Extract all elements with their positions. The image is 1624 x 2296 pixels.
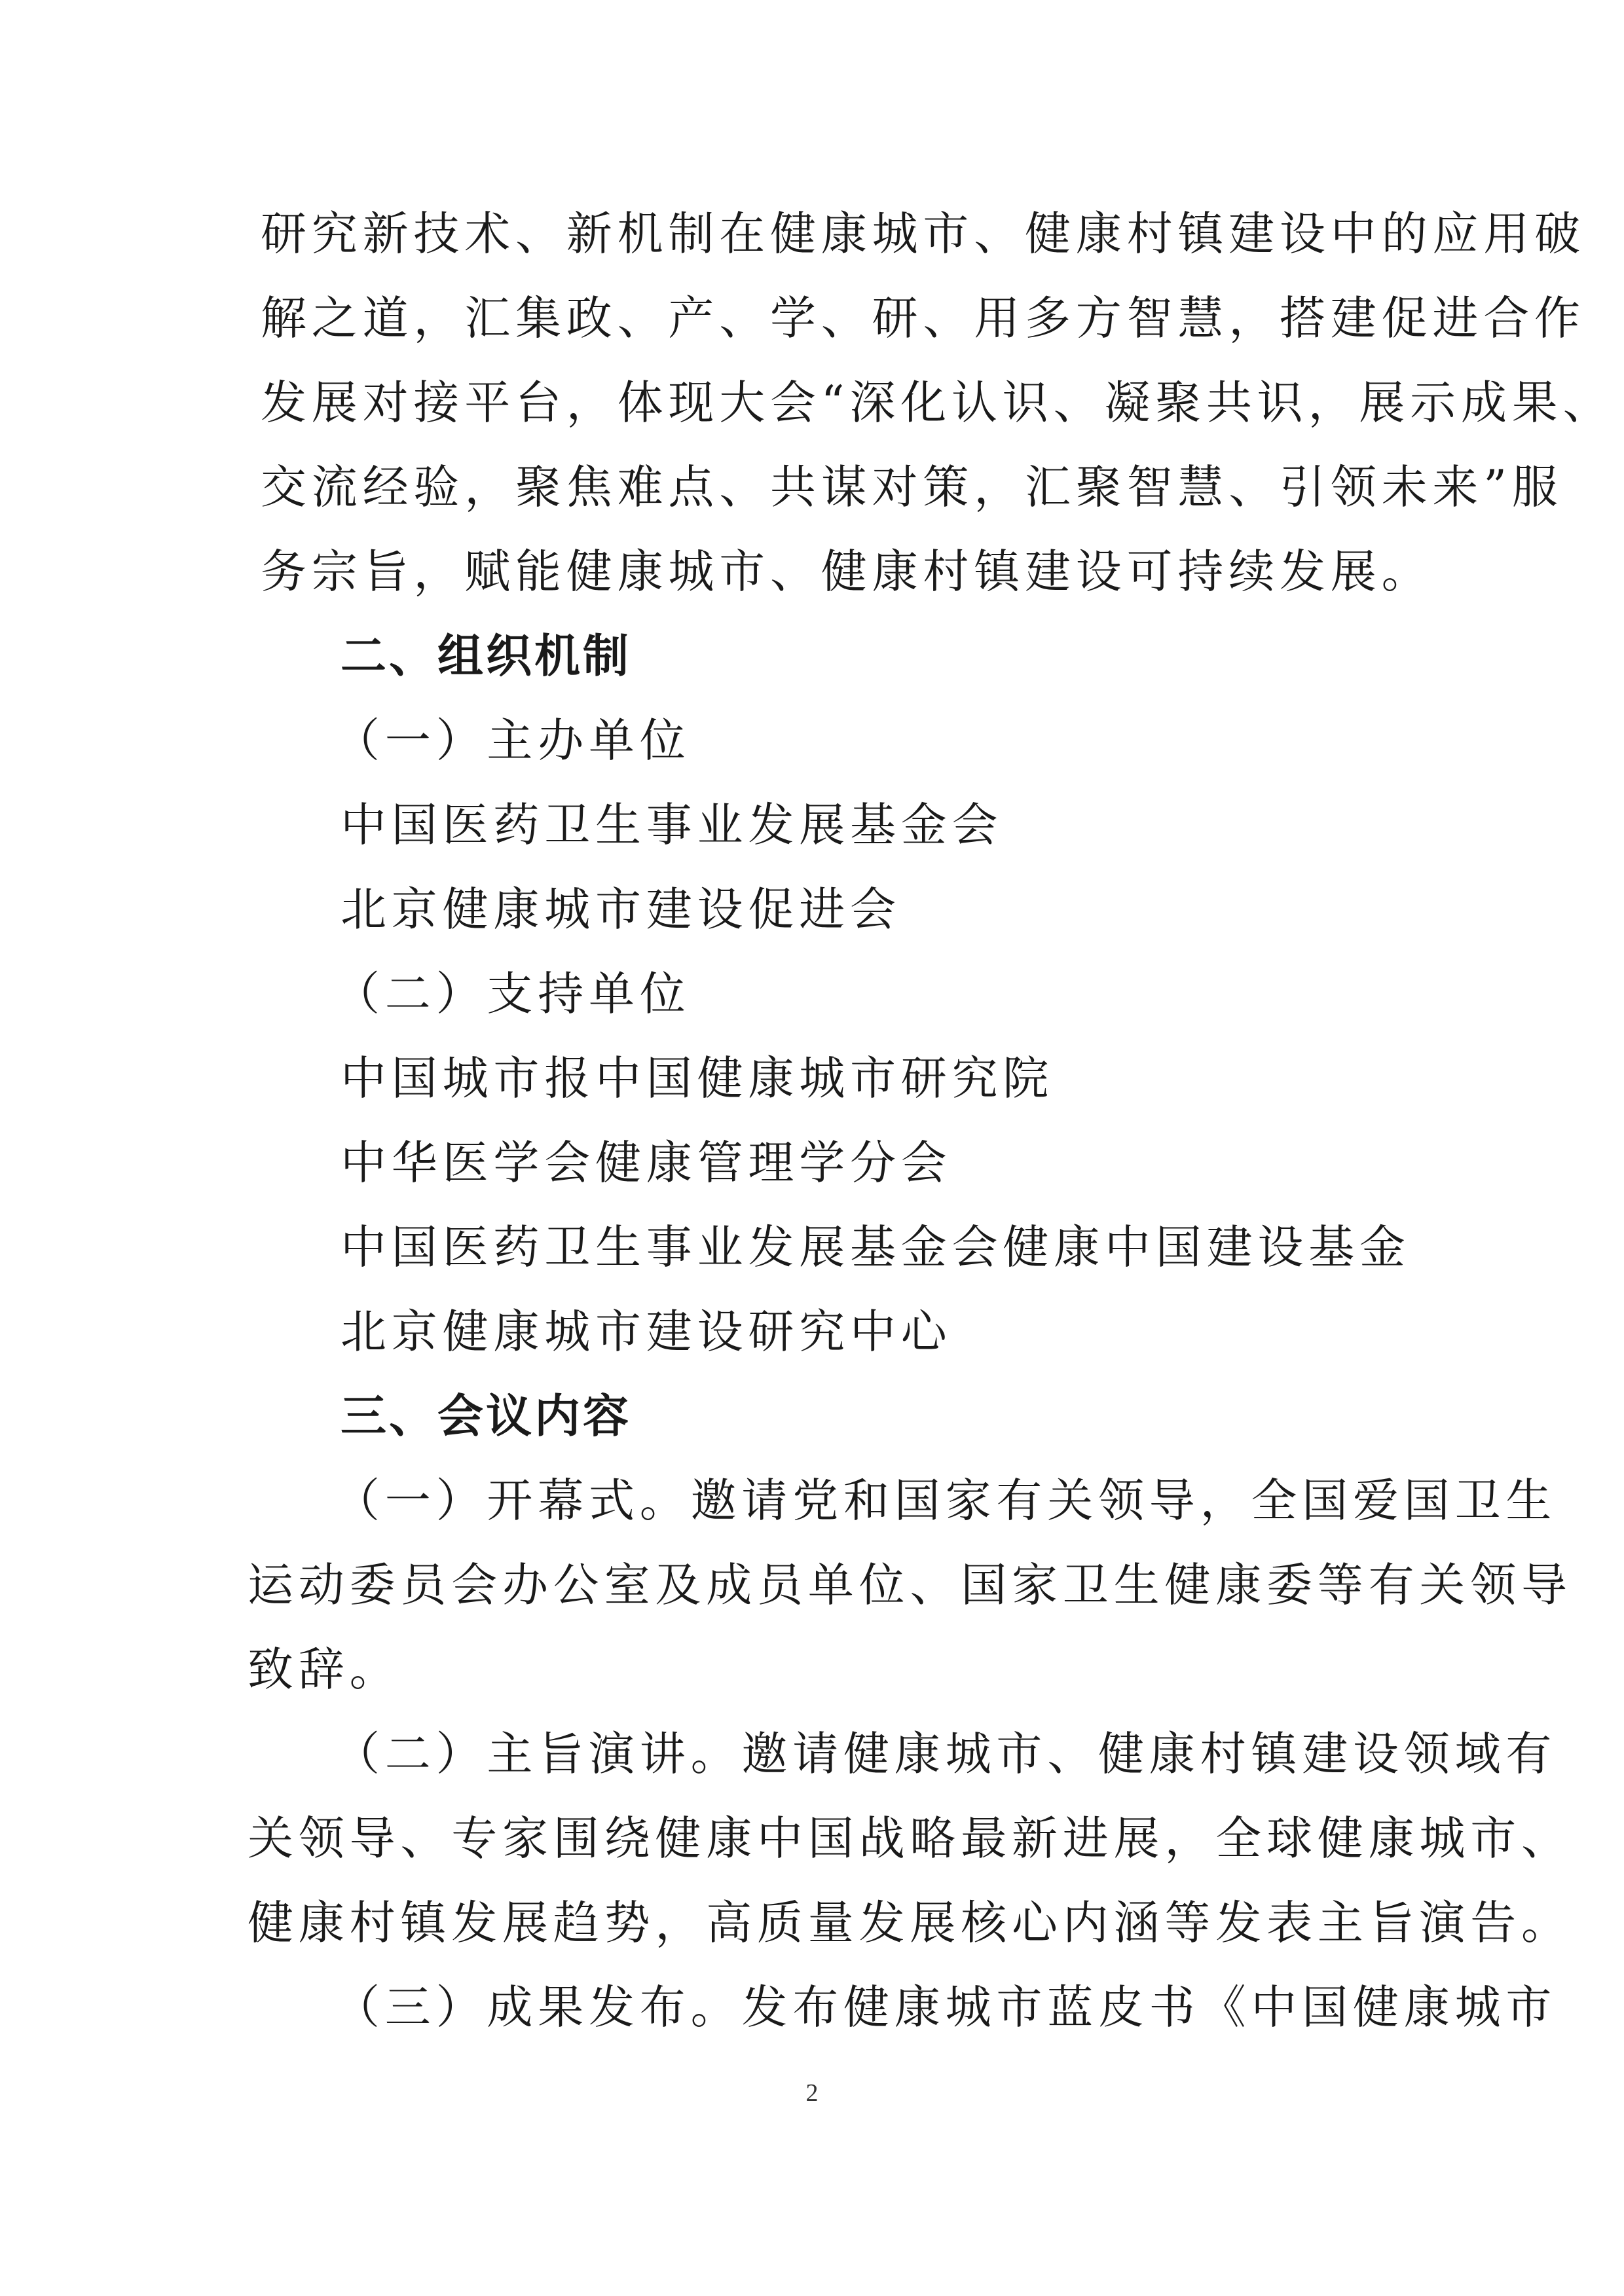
body-text-line: 解之道，汇集政、产、学、研、用多方智慧，搭建促进合作 <box>261 289 1393 348</box>
body-text-line: 健康村镇发展趋势，高质量发展核心内涵等发表主旨演告。 <box>248 1893 1380 1952</box>
subsection-title-hosts: （一）主办单位 <box>334 711 1467 770</box>
supporting-organization: 中华医学会健康管理学分会 <box>341 1133 1473 1192</box>
supporting-organization: 北京健康城市建设研究中心 <box>341 1302 1473 1361</box>
section-heading-content: 三、会议内容 <box>341 1387 1473 1446</box>
content-item-opening: （一）开幕式。邀请党和国家有关领导，全国爱国卫生 <box>334 1471 1467 1530</box>
body-text-line: 务宗旨，赋能健康城市、健康村镇建设可持续发展。 <box>261 542 1393 601</box>
section-heading-organization: 二、组织机制 <box>341 627 1473 685</box>
host-organization: 中国医药卫生事业发展基金会 <box>341 795 1473 854</box>
subsection-title-supporters: （二）支持单位 <box>334 964 1467 1023</box>
content-item-keynote: （二）主旨演讲。邀请健康城市、健康村镇建设领域有 <box>334 1724 1467 1783</box>
content-item-results: （三）成果发布。发布健康城市蓝皮书《中国健康城市 <box>334 1978 1467 2037</box>
body-text-line: 运动委员会办公室及成员单位、国家卫生健康委等有关领导 <box>248 1556 1380 1614</box>
body-text-line: 研究新技术、新机制在健康城市、健康村镇建设中的应用破 <box>261 204 1393 263</box>
host-organization: 北京健康城市建设促进会 <box>341 880 1473 939</box>
body-text-line: 发展对接平台，体现大会“深化认识、凝聚共识，展示成果、 <box>261 373 1393 432</box>
supporting-organization: 中国医药卫生事业发展基金会健康中国建设基金 <box>341 1218 1473 1277</box>
body-text-line: 关领导、专家围绕健康中国战略最新进展，全球健康城市、 <box>248 1809 1380 1868</box>
body-text-line: 致辞。 <box>248 1640 1380 1699</box>
supporting-organization: 中国城市报中国健康城市研究院 <box>341 1049 1473 1108</box>
document-page: 研究新技术、新机制在健康城市、健康村镇建设中的应用破 解之道，汇集政、产、学、研… <box>0 0 1624 2296</box>
page-number: 2 <box>0 2079 1624 2107</box>
body-text-line: 交流经验，聚焦难点、共谋对策，汇聚智慧、引领未来”服 <box>261 458 1393 517</box>
